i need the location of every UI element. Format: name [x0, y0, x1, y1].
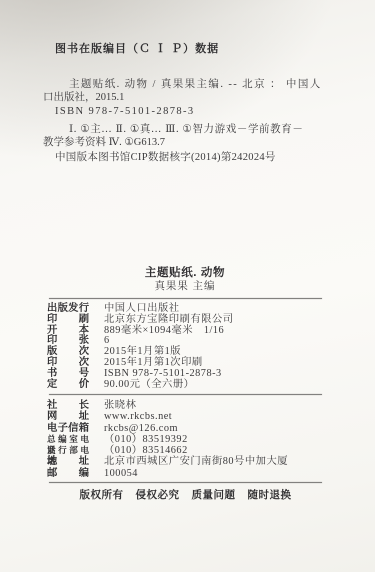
notice-infringement: 侵权必究: [136, 489, 180, 502]
info-value: 100054: [104, 468, 138, 479]
info-label: 电子信箱: [47, 423, 89, 434]
divider-middle: [49, 394, 322, 395]
info-row-sheets: 印张 6: [47, 336, 375, 347]
info-value: （010）83519392: [104, 434, 188, 445]
info-row-email: 电子信箱 rkcbs@126.com: [47, 423, 375, 434]
info-value: 北京市西城区广安门南街80号中加大厦: [104, 456, 288, 467]
divider-top: [49, 298, 322, 299]
info-value: www.rkcbs.net: [104, 411, 172, 422]
cip-classification-line1: Ⅰ. ①主… Ⅱ. ①真… Ⅲ. ①智力游戏－学前教育－: [43, 123, 347, 136]
book-editor: 真果果 主编: [0, 280, 370, 293]
info-value: 张晓林: [104, 400, 136, 411]
info-value: （010）83514662: [104, 445, 188, 456]
cip-isbn: ISBN 978-7-5101-2878-3: [43, 105, 339, 118]
contact-info: 社长 张晓林 网址 www.rkcbs.net 电子信箱 rkcbs@126.c…: [47, 400, 375, 479]
cip-classification-line2: 教学参考资料 Ⅳ. ①G613.7: [43, 136, 347, 149]
publication-info: 出版发行 中国人口出版社 印刷 北京东方宝隆印刷有限公司 开本 889毫米×10…: [47, 304, 375, 391]
info-label: 网址: [47, 411, 89, 422]
info-row-distribution-phone: 发行部电话 （010）83514662: [47, 445, 375, 456]
cip-record-number: 中国版本图书馆CIP数据核字(2014)第242024号: [55, 151, 375, 164]
info-row-isbn: 书号 ISBN 978-7-5101-2878-3: [47, 369, 375, 380]
info-label: 定价: [47, 380, 89, 391]
info-value: 889毫米×1094毫米 1/16: [104, 326, 224, 337]
cip-entry-line1: 主题贴纸. 动物 / 真果果主编. -- 北京 ： 中国人: [43, 78, 339, 91]
info-row-edition: 版次 2015年1月第1版: [47, 347, 375, 358]
info-value: 90.00元（全六册）: [104, 380, 194, 391]
copyright-notice: 版权所有 侵权必究 质量问题 随时退换: [49, 489, 322, 502]
info-label: 印刷: [47, 315, 89, 326]
info-label: 邮编: [47, 468, 89, 479]
cip-entry-line2: 口出版社，2015.1: [43, 91, 339, 104]
info-value: rkcbs@126.com: [104, 423, 178, 434]
info-row-price: 定价 90.00元（全六册）: [47, 380, 375, 391]
info-row-editorial-phone: 总编室电话 （010）83519392: [47, 434, 375, 445]
notice-quality: 质量问题: [192, 489, 236, 502]
notice-exchange: 随时退换: [248, 489, 292, 502]
info-row-president: 社长 张晓林: [47, 400, 375, 411]
cip-classification: Ⅰ. ①主… Ⅱ. ①真… Ⅲ. ①智力游戏－学前教育－ 教学参考资料 Ⅳ. ①…: [43, 123, 347, 150]
notice-copyright: 版权所有: [80, 489, 124, 502]
info-row-website: 网址 www.rkcbs.net: [47, 411, 375, 422]
info-row-format: 开本 889毫米×1094毫米 1/16: [47, 326, 375, 337]
book-copyright-page: 图书在版编目（Ｃ Ｉ Ｐ）数据 主题贴纸. 动物 / 真果果主编. -- 北京 …: [0, 0, 375, 572]
info-row-address: 地址 北京市西城区广安门南街80号中加大厦: [47, 456, 375, 467]
info-row-printer: 印刷 北京东方宝隆印刷有限公司: [47, 315, 375, 326]
info-row-postcode: 邮编 100054: [47, 468, 375, 479]
cip-entry: 主题贴纸. 动物 / 真果果主编. -- 北京 ： 中国人 口出版社，2015.…: [43, 78, 339, 118]
info-label: 地址: [47, 456, 89, 467]
book-title: 主题贴纸. 动物: [0, 266, 370, 280]
info-label: 社长: [47, 400, 89, 411]
divider-bottom: [49, 482, 322, 483]
info-value: 北京东方宝隆印刷有限公司: [104, 315, 234, 326]
cip-header: 图书在版编目（Ｃ Ｉ Ｐ）数据: [55, 42, 375, 56]
title-block: 主题贴纸. 动物 真果果 主编: [0, 266, 370, 293]
